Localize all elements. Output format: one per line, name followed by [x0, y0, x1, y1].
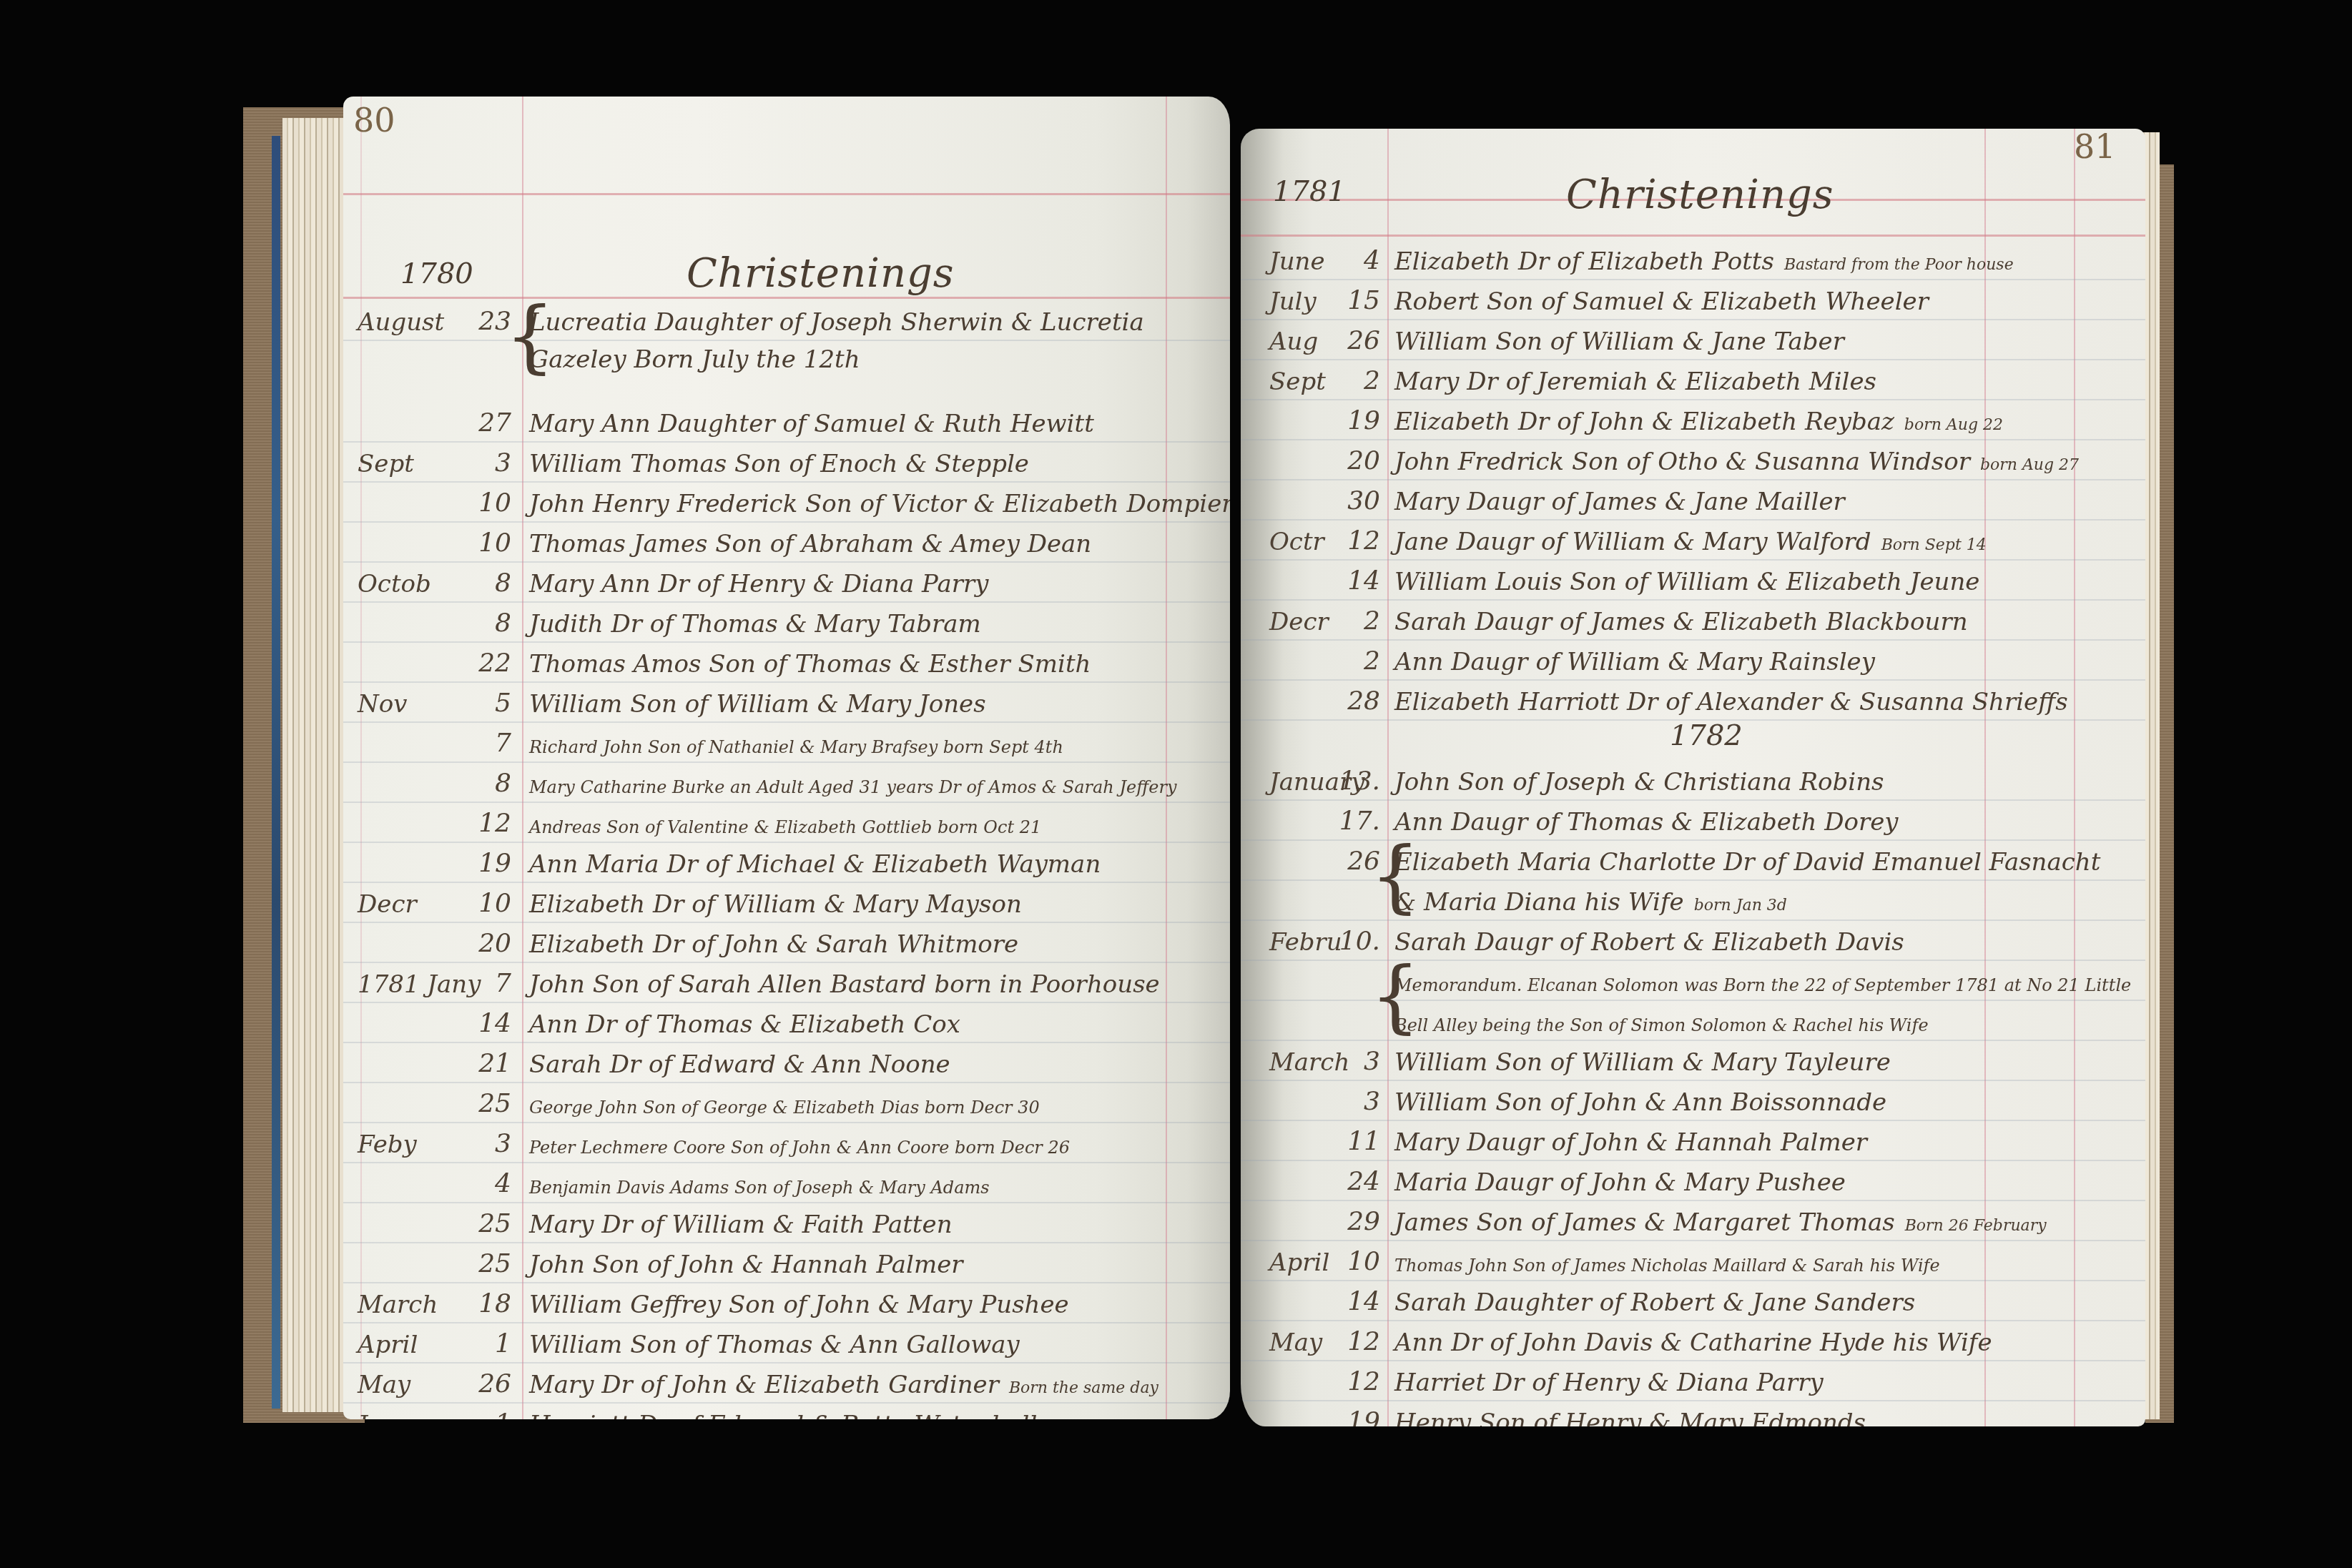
entry-text: William Thomas Son of Enoch & Stepple [529, 450, 1029, 478]
register-entry: Decr2Sarah Daugr of James & Elizabeth Bl… [1241, 603, 2145, 644]
register-entry: 27Mary Ann Daughter of Samuel & Ruth Hew… [343, 405, 1230, 445]
register-entry: 8Mary Catharine Burke an Adult Aged 31 y… [343, 766, 1230, 806]
register-entry: 4Benjamin Davis Adams Son of Joseph & Ma… [343, 1166, 1230, 1206]
entry-day: 4 [1364, 246, 1380, 275]
register-entry: 30Mary Daugr of James & Jane Mailler [1241, 483, 2145, 523]
entry-text: Gazeley Born July the 12th [529, 345, 860, 374]
entry-text: Thomas Amos Son of Thomas & Esther Smith [529, 650, 1091, 679]
entry-text: Judith Dr of Thomas & Mary Tabram [529, 610, 981, 638]
entry-name-line: Mary Daugr of James & Jane Mailler [1394, 488, 1845, 516]
entry-text: Elizabeth Maria Charlotte Dr of David Em… [1394, 848, 2100, 877]
register-entry: Decr10Elizabeth Dr of William & Mary May… [343, 886, 1230, 926]
entry-text: Mary Ann Dr of Henry & Diana Parry [529, 570, 988, 598]
register-entry: January13.John Son of Joseph & Christian… [1241, 764, 2145, 804]
entry-day: 12 [1347, 1367, 1380, 1396]
entry-name-line: William Thomas Son of Enoch & Stepple [529, 450, 1029, 478]
entry-text: Andreas Son of Valentine & Elizabeth Got… [529, 817, 1041, 837]
entry-name-line: Memorandum. Elcanan Solomon was Born the… [1394, 975, 2131, 995]
entry-day: 7 [495, 729, 511, 758]
entry-day: 26 [478, 1369, 511, 1399]
register-entry: 10John Henry Frederick Son of Victor & E… [343, 485, 1230, 526]
entry-name-line: Thomas John Son of James Nicholas Mailla… [1394, 1256, 1940, 1276]
register-entry: & Maria Diana his Wifeborn Jan 3d [1241, 884, 2145, 924]
entry-day: 24 [1347, 1167, 1380, 1196]
entry-day: 18 [478, 1289, 511, 1318]
entry-name-line: Elizabeth Maria Charlotte Dr of David Em… [1394, 848, 2100, 877]
register-entry: 10Thomas James Son of Abraham & Amey Dea… [343, 526, 1230, 566]
entry-name-line: Ann Daugr of Thomas & Elizabeth Dorey [1394, 808, 1898, 837]
entry-text: Ann Daugr of William & Mary Rainsley [1394, 648, 1875, 676]
entry-text: Maria Daugr of John & Mary Pushee [1394, 1168, 1846, 1197]
entry-name-line: Ann Maria Dr of Michael & Elizabeth Waym… [529, 850, 1101, 879]
register-entry: 19Elizabeth Dr of John & Elizabeth Reyba… [1241, 403, 2145, 443]
page-year: 1781 [1273, 175, 1346, 208]
entry-day: 14 [1347, 1287, 1380, 1316]
entry-text: Sarah Daugr of Robert & Elizabeth Davis [1394, 928, 1904, 957]
entry-text: James Son of James & Margaret ThomasBorn… [1394, 1208, 2047, 1237]
register-entry: Octr12Jane Daugr of William & Mary Walfo… [1241, 523, 2145, 563]
entry-name-line: William Son of John & Ann Boissonnade [1394, 1088, 1886, 1117]
entry-text: William Son of William & Jane Taber [1394, 327, 1844, 356]
register-entry: 22Thomas Amos Son of Thomas & Esther Smi… [343, 646, 1230, 686]
entry-day: 8 [495, 769, 511, 798]
entry-month: June [358, 1411, 413, 1419]
entry-day: 10 [478, 528, 511, 558]
register-entry: Sept3William Thomas Son of Enoch & Stepp… [343, 445, 1230, 485]
entry-name-line: William Son of Thomas & Ann Galloway [529, 1331, 1020, 1359]
entry-text: William Son of William & Mary Tayleure [1394, 1048, 1891, 1077]
entry-name-line: Elizabeth Harriott Dr of Alexander & Sus… [1394, 688, 2068, 716]
register-entry: 25George John Son of George & Elizabeth … [343, 1086, 1230, 1126]
entry-text: & Maria Diana his Wifeborn Jan 3d [1394, 888, 1787, 917]
page-number: 80 [353, 101, 395, 139]
entry-month: Feby [358, 1130, 417, 1159]
entry-day: 11 [1347, 1127, 1380, 1156]
entry-day: 4 [495, 1169, 511, 1198]
register-entry: 12Andreas Son of Valentine & Elizabeth G… [343, 806, 1230, 846]
entry-day: 22 [478, 649, 511, 678]
entry-month: July [1269, 287, 1317, 316]
entry-day: 10 [1347, 1247, 1380, 1276]
entry-day: 3 [1364, 1087, 1380, 1116]
entry-name-line: Harriet Dr of Henry & Diana Parry [1394, 1369, 1824, 1397]
register-entry: 12Harriet Dr of Henry & Diana Parry [1241, 1364, 2145, 1404]
entry-day: 7 [495, 969, 511, 998]
register-entry: 21Sarah Dr of Edward & Ann Noone [343, 1046, 1230, 1086]
entry-text: Thomas John Son of James Nicholas Mailla… [1394, 1256, 1940, 1276]
entry-text: John Henry Frederick Son of Victor & Eli… [529, 490, 1230, 518]
entry-day: 27 [478, 408, 511, 438]
entry-day: 25 [478, 1089, 511, 1118]
register-entry: Sept2Mary Dr of Jeremiah & Elizabeth Mil… [1241, 363, 2145, 403]
entry-text: Sarah Daughter of Robert & Jane Sanders [1394, 1288, 1915, 1317]
register-entry-continuation: Gazeley Born July the 12th [343, 344, 1230, 384]
entry-name-line: William Louis Son of William & Elizabeth… [1394, 568, 1979, 596]
entry-day: 26 [1347, 326, 1380, 355]
entry-day: 2 [1364, 366, 1380, 395]
entry-day: 12 [1347, 526, 1380, 556]
page-year: 1780 [400, 257, 473, 290]
entry-name-line: Ann Daugr of William & Mary Rainsley [1394, 648, 1875, 676]
register-entry: 26{Elizabeth Maria Charlotte Dr of David… [1241, 844, 2145, 884]
entry-day: 12 [1347, 1327, 1380, 1356]
entry-text: William Son of John & Ann Boissonnade [1394, 1088, 1886, 1117]
entry-day: 8 [495, 608, 511, 638]
register-entry: 2Ann Daugr of William & Mary Rainsley [1241, 644, 2145, 684]
entry-text: Ann Daugr of Thomas & Elizabeth Dorey [1394, 808, 1898, 837]
entry-name-line: Thomas Amos Son of Thomas & Esther Smith [529, 650, 1091, 679]
entry-name-line: William Geffrey Son of John & Mary Pushe… [529, 1291, 1069, 1319]
entry-name-line: Maria Daugr of John & Mary Pushee [1394, 1168, 1846, 1197]
entry-day: 3 [495, 448, 511, 478]
entry-name-line: Mary Dr of William & Faith Patten [529, 1210, 953, 1239]
entry-name-line: George John Son of George & Elizabeth Di… [529, 1098, 1040, 1118]
entry-text: John Son of Joseph & Christiana Robins [1394, 768, 1884, 797]
register-entry: 14Sarah Daughter of Robert & Jane Sander… [1241, 1284, 2145, 1324]
entry-note: born Aug 22 [1904, 416, 2003, 434]
register-entry: 20John Fredrick Son of Otho & Susanna Wi… [1241, 443, 2145, 483]
entry-text: John Son of Sarah Allen Bastard born in … [529, 970, 1160, 999]
register-entry: 8Judith Dr of Thomas & Mary Tabram [343, 606, 1230, 646]
register-entry: March18William Geffrey Son of John & Mar… [343, 1286, 1230, 1326]
entry-month: Nov [358, 690, 407, 719]
entry-day: 3 [495, 1129, 511, 1158]
entry-text: Mary Dr of Jeremiah & Elizabeth Miles [1394, 368, 1876, 396]
entry-month: April [1269, 1248, 1329, 1277]
register-entry: 29James Son of James & Margaret ThomasBo… [1241, 1204, 2145, 1244]
entry-text: Mary Catharine Burke an Adult Aged 31 ye… [529, 777, 1177, 797]
register-entry: Aug26William Son of William & Jane Taber [1241, 323, 2145, 363]
entry-day: 14 [478, 1009, 511, 1038]
entry-day: 8 [495, 568, 511, 598]
register-entry: 19Henry Son of Henry & Mary Edmonds [1241, 1404, 2145, 1426]
entry-name-line: Elizabeth Dr of John & Sarah Whitmore [529, 930, 1018, 959]
entry-month: Octob [358, 570, 431, 598]
entry-day: 19 [1347, 406, 1380, 435]
entry-text: Elizabeth Dr of Elizabeth PottsBastard f… [1394, 247, 2014, 276]
marbled-endpaper-left [272, 136, 280, 1409]
register-entry: Octob8Mary Ann Dr of Henry & Diana Parry [343, 566, 1230, 606]
entry-name-line: Benjamin Davis Adams Son of Joseph & Mar… [529, 1178, 990, 1198]
entry-day: 19 [1347, 1407, 1380, 1426]
entry-name-line: Andreas Son of Valentine & Elizabeth Got… [529, 817, 1041, 837]
entry-name-line: Lucreatia Daughter of Joseph Sherwin & L… [529, 308, 1144, 337]
entry-month: Sept [358, 450, 414, 478]
entry-name-line: Henry Son of Henry & Mary Edmonds [1394, 1409, 1866, 1426]
entry-name-line: Mary Dr of Jeremiah & Elizabeth Miles [1394, 368, 1876, 396]
entry-note: Bastard from the Poor house [1784, 256, 2014, 274]
entry-month: Sept [1269, 368, 1326, 396]
entry-day: 1 [495, 1409, 511, 1419]
entry-text: Mary Ann Daughter of Samuel & Ruth Hewit… [529, 410, 1094, 438]
entry-text: Ann Dr of Thomas & Elizabeth Cox [529, 1010, 960, 1039]
entry-month: May [1269, 1328, 1322, 1357]
entry-name-line: Judith Dr of Thomas & Mary Tabram [529, 610, 981, 638]
entry-name-line: Robert Son of Samuel & Elizabeth Wheeler [1394, 287, 1929, 316]
page-number: 81 [2074, 129, 2116, 166]
entry-month: Decr [358, 890, 417, 919]
entry-day: 13. [1339, 766, 1380, 796]
entry-name-line: Harriott Dr of Edward & Betty Wetenhall [529, 1411, 1037, 1419]
entry-name-line: Sarah Daughter of Robert & Jane Sanders [1394, 1288, 1915, 1317]
entry-text: Lucreatia Daughter of Joseph Sherwin & L… [529, 308, 1144, 337]
entry-text: Memorandum. Elcanan Solomon was Born the… [1394, 975, 2131, 995]
entry-name-line: John Son of Sarah Allen Bastard born in … [529, 970, 1160, 999]
entry-name-line: Richard John Son of Nathaniel & Mary Bra… [529, 737, 1063, 757]
entry-name-line: Ann Dr of Thomas & Elizabeth Cox [529, 1010, 960, 1039]
entry-text: Elizabeth Dr of John & Elizabeth Reybazb… [1394, 408, 2003, 436]
entry-day: 28 [1347, 686, 1380, 716]
register-entry: 14Ann Dr of Thomas & Elizabeth Cox [343, 1006, 1230, 1046]
entry-day: 19 [478, 849, 511, 878]
entry-name-line: Elizabeth Dr of John & Elizabeth Reybaz [1394, 408, 1894, 436]
entry-name-line: Jane Daugr of William & Mary Walford [1394, 528, 1871, 556]
left-page: 80 1780 Christenings August23{Lucreatia … [343, 97, 1230, 1419]
entry-day: 2 [1364, 606, 1380, 636]
page-heading: Christenings [1566, 172, 1834, 218]
entry-text: Harriott Dr of Edward & Betty Wetenhall [529, 1411, 1037, 1419]
entry-note: Born Sept 14 [1881, 536, 1987, 554]
register-entry: 14William Louis Son of William & Elizabe… [1241, 563, 2145, 603]
entry-name-line: & Maria Diana his Wife [1394, 888, 1684, 917]
entry-text: Bell Alley being the Son of Simon Solomo… [1394, 1015, 1929, 1035]
entry-text: William Son of Thomas & Ann Galloway [529, 1331, 1020, 1359]
entry-text: Thomas James Son of Abraham & Amey Dean [529, 530, 1091, 558]
entry-text: Ann Maria Dr of Michael & Elizabeth Waym… [529, 850, 1101, 879]
entry-text: Henry Son of Henry & Mary Edmonds [1394, 1409, 1866, 1426]
register-entry: 24Maria Daugr of John & Mary Pushee [1241, 1164, 2145, 1204]
entry-text: William Louis Son of William & Elizabeth… [1394, 568, 1979, 596]
register-entry: Nov5William Son of William & Mary Jones [343, 686, 1230, 726]
entry-day: 25 [478, 1249, 511, 1278]
entry-day: 2 [1364, 646, 1380, 676]
register-entry: May26Mary Dr of John & Elizabeth Gardine… [343, 1366, 1230, 1406]
entry-text: Elizabeth Dr of William & Mary Mayson [529, 890, 1022, 919]
entry-day: 10 [478, 488, 511, 518]
entry-name-line: Peter Lechmere Coore Son of John & Ann C… [529, 1138, 1070, 1158]
entry-name-line: William Son of William & Mary Jones [529, 690, 986, 719]
entry-day: 14 [1347, 566, 1380, 596]
entry-name-line: Mary Dr of John & Elizabeth Gardiner [529, 1371, 999, 1399]
entry-text: Jane Daugr of William & Mary WalfordBorn… [1394, 528, 1987, 556]
register-entry: August23{Lucreatia Daughter of Joseph Sh… [343, 304, 1230, 344]
entry-text: Robert Son of Samuel & Elizabeth Wheeler [1394, 287, 1929, 316]
entry-text: Mary Dr of William & Faith Patten [529, 1210, 953, 1239]
entry-name-line: Ann Dr of John Davis & Catharine Hyde hi… [1394, 1328, 1992, 1357]
right-page: 81 1781 Christenings June4Elizabeth Dr o… [1241, 129, 2145, 1426]
register-entry: 28Elizabeth Harriott Dr of Alexander & S… [1241, 684, 2145, 724]
entry-name-line: Sarah Dr of Edward & Ann Noone [529, 1050, 950, 1079]
entry-name-line: John Henry Frederick Son of Victor & Eli… [529, 490, 1230, 518]
entry-text: Sarah Daugr of James & Elizabeth Blackbo… [1394, 608, 1968, 636]
entry-day: 20 [1347, 446, 1380, 475]
entry-name-line: Sarah Daugr of James & Elizabeth Blackbo… [1394, 608, 1968, 636]
entry-text: Elizabeth Harriott Dr of Alexander & Sus… [1394, 688, 2068, 716]
entry-day: 29 [1347, 1207, 1380, 1236]
entry-month: Febru [1269, 928, 1342, 957]
entry-day: 15 [1347, 286, 1380, 315]
entry-month: August [358, 308, 444, 337]
entry-text: Ann Dr of John Davis & Catharine Hyde hi… [1394, 1328, 1992, 1357]
entry-month: June [1269, 247, 1325, 276]
register-entry: April1William Son of Thomas & Ann Gallow… [343, 1326, 1230, 1366]
entry-text: Richard John Son of Nathaniel & Mary Bra… [529, 737, 1063, 757]
entry-name-line: Elizabeth Dr of William & Mary Mayson [529, 890, 1022, 919]
register-entry: Bell Alley being the Son of Simon Solomo… [1241, 1004, 2145, 1044]
entry-day: 20 [478, 929, 511, 958]
entry-text: Mary Daugr of John & Hannah Palmer [1394, 1128, 1867, 1157]
entry-text: Benjamin Davis Adams Son of Joseph & Mar… [529, 1178, 990, 1198]
register-entry: 3William Son of John & Ann Boissonnade [1241, 1084, 2145, 1124]
entry-name-line: Mary Daugr of John & Hannah Palmer [1394, 1128, 1867, 1157]
register-entry: 20Elizabeth Dr of John & Sarah Whitmore [343, 926, 1230, 966]
entry-text: John Son of John & Hannah Palmer [529, 1251, 963, 1279]
entry-month: April [358, 1331, 418, 1359]
register-entry: June1Harriott Dr of Edward & Betty Weten… [343, 1406, 1230, 1419]
entry-text: Peter Lechmere Coore Son of John & Ann C… [529, 1138, 1070, 1158]
entry-month: March [358, 1291, 438, 1319]
entry-name-line: Elizabeth Dr of Elizabeth Potts [1394, 247, 1774, 276]
entry-text: William Son of William & Mary Jones [529, 690, 986, 719]
entry-name-line: William Son of William & Jane Taber [1394, 327, 1844, 356]
entry-name-line: John Fredrick Son of Otho & Susanna Wind… [1394, 448, 1970, 476]
entry-day: 12 [478, 809, 511, 838]
entry-month: Aug [1269, 327, 1318, 356]
entry-text: Mary Daugr of James & Jane Mailler [1394, 488, 1845, 516]
register-entry: 25John Son of John & Hannah Palmer [343, 1246, 1230, 1286]
entry-month: Decr [1269, 608, 1329, 636]
register-entry: 7Richard John Son of Nathaniel & Mary Br… [343, 726, 1230, 766]
entry-text: Mary Dr of John & Elizabeth GardinerBorn… [529, 1371, 1158, 1399]
entry-text: Elizabeth Dr of John & Sarah Whitmore [529, 930, 1018, 959]
entry-name-line: Sarah Daugr of Robert & Elizabeth Davis [1394, 928, 1904, 957]
year-divider: 1782 [1670, 719, 1743, 752]
entry-name-line: Thomas James Son of Abraham & Amey Dean [529, 530, 1091, 558]
entry-name-line: John Son of Joseph & Christiana Robins [1394, 768, 1884, 797]
register-entry: July15Robert Son of Samuel & Elizabeth W… [1241, 283, 2145, 323]
entry-note: Born 26 February [1905, 1217, 2047, 1235]
entry-text: Harriet Dr of Henry & Diana Parry [1394, 1369, 1824, 1397]
entry-name-line: Mary Ann Dr of Henry & Diana Parry [529, 570, 988, 598]
entry-name-line: John Son of John & Hannah Palmer [529, 1251, 963, 1279]
register-entry: Feby3Peter Lechmere Coore Son of John & … [343, 1126, 1230, 1166]
entry-day: 1 [495, 1329, 511, 1359]
entry-day: 3 [1364, 1047, 1380, 1076]
register-entry: June4Elizabeth Dr of Elizabeth PottsBast… [1241, 243, 2145, 283]
register-entry: March3William Son of William & Mary Tayl… [1241, 1044, 2145, 1084]
entry-name-line: Mary Catharine Burke an Adult Aged 31 ye… [529, 777, 1177, 797]
entry-name-line: William Son of William & Mary Tayleure [1394, 1048, 1891, 1077]
entry-day: 10 [478, 889, 511, 918]
entry-text: George John Son of George & Elizabeth Di… [529, 1098, 1040, 1118]
entry-text: Sarah Dr of Edward & Ann Noone [529, 1050, 950, 1079]
entry-text: John Fredrick Son of Otho & Susanna Wind… [1394, 448, 2079, 476]
register-entry: 11Mary Daugr of John & Hannah Palmer [1241, 1124, 2145, 1164]
entry-day: 25 [478, 1209, 511, 1238]
page-heading: Christenings [687, 250, 955, 297]
entry-name-line: James Son of James & Margaret Thomas [1394, 1208, 1895, 1237]
entry-note: born Jan 3d [1694, 897, 1787, 914]
entry-day: 30 [1347, 486, 1380, 516]
register-entry: April10Thomas John Son of James Nicholas… [1241, 1244, 2145, 1284]
page-edges-left [282, 118, 350, 1412]
register-entry: 1781 Jany7John Son of Sarah Allen Bastar… [343, 966, 1230, 1006]
register-entry: {Memorandum. Elcanan Solomon was Born th… [1241, 964, 2145, 1004]
entry-name-line: Mary Ann Daughter of Samuel & Ruth Hewit… [529, 410, 1094, 438]
entry-note: Born the same day [1009, 1379, 1158, 1397]
entry-text: William Geffrey Son of John & Mary Pushe… [529, 1291, 1069, 1319]
entry-note: born Aug 27 [1980, 456, 2079, 474]
entry-month: March [1269, 1048, 1349, 1077]
entry-day: 5 [495, 689, 511, 718]
entry-name-line: Bell Alley being the Son of Simon Solomo… [1394, 1015, 1929, 1035]
register-entry: 25Mary Dr of William & Faith Patten [343, 1206, 1230, 1246]
register-entry: 19Ann Maria Dr of Michael & Elizabeth Wa… [343, 846, 1230, 886]
entry-month: 1781 Jany [358, 970, 481, 999]
entry-day: 21 [478, 1049, 511, 1078]
register-entry: May12Ann Dr of John Davis & Catharine Hy… [1241, 1324, 2145, 1364]
entry-month: May [358, 1371, 410, 1399]
entry-month: Octr [1269, 528, 1324, 556]
